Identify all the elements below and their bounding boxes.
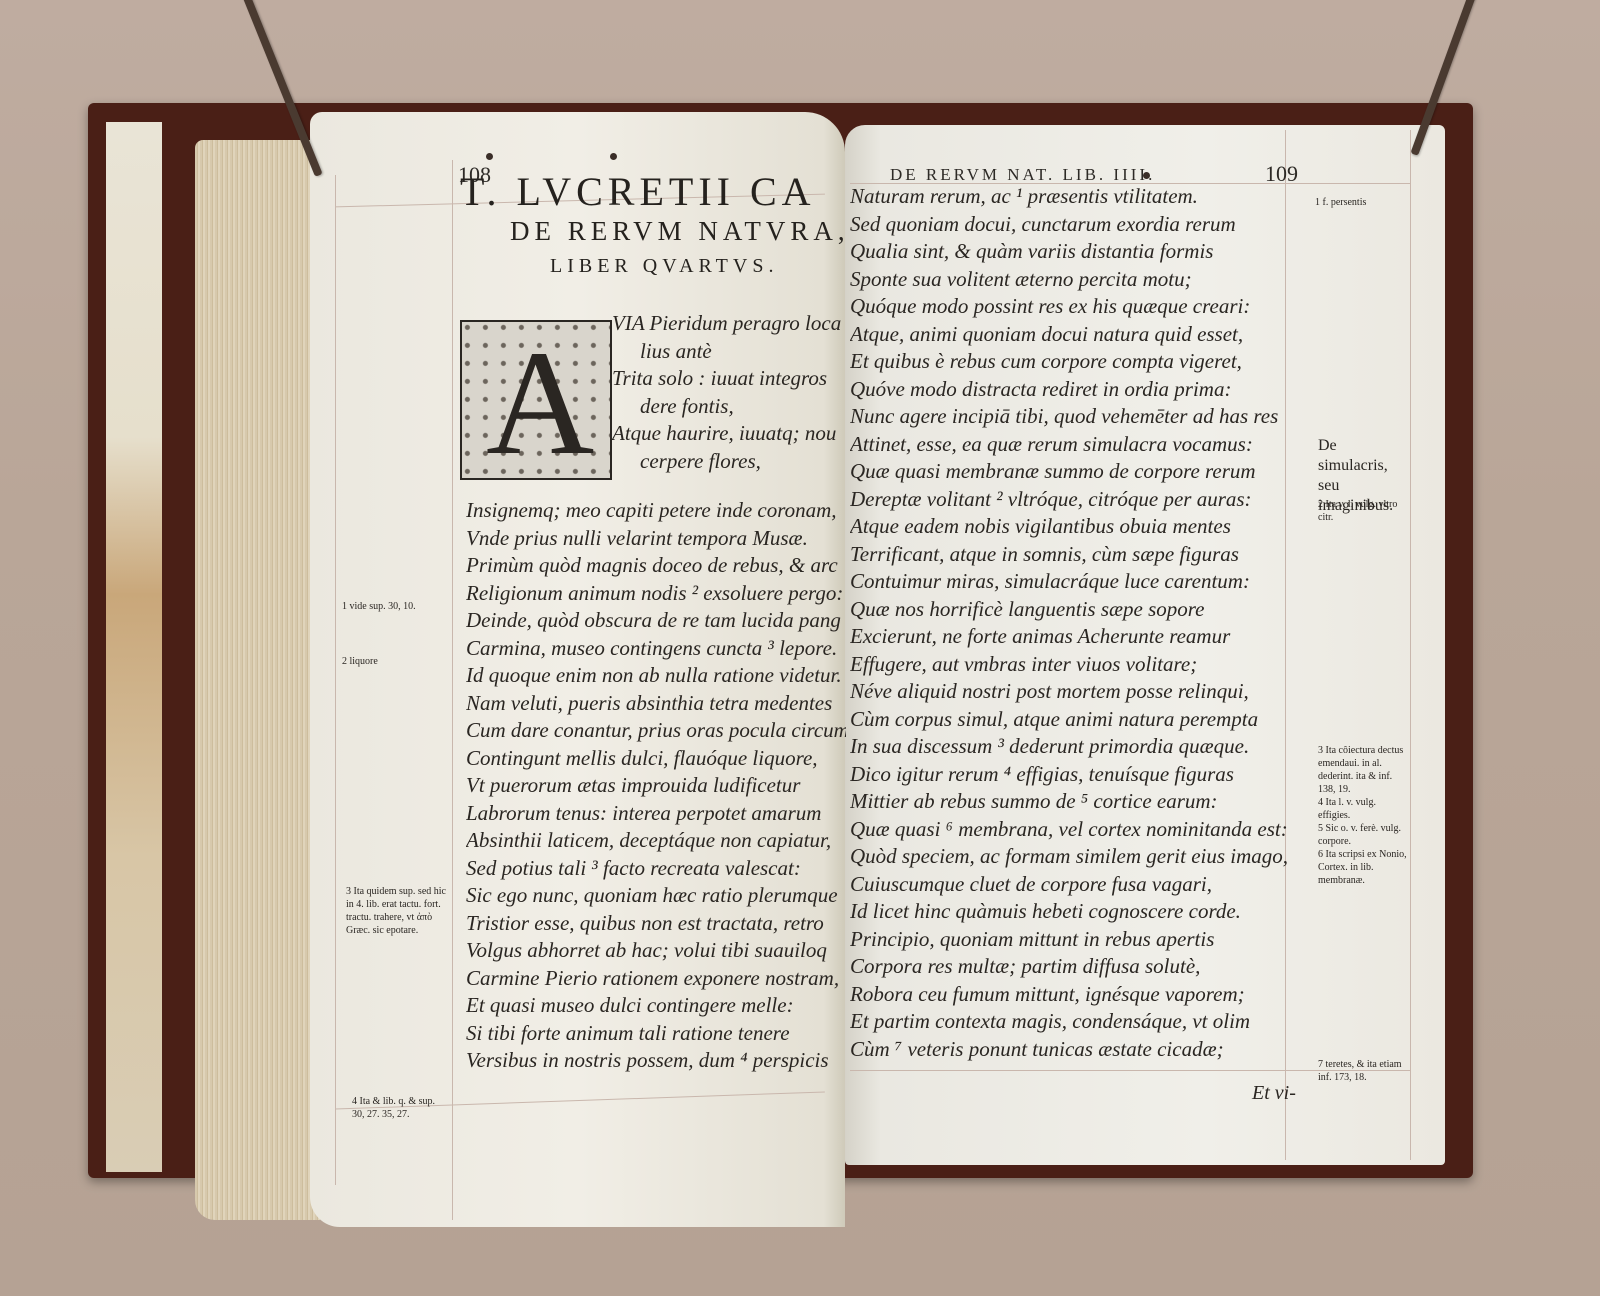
catchword: Et vi- xyxy=(1252,1082,1296,1105)
verse-line: Cum dare conantur, prius oras pocula cir… xyxy=(466,717,846,745)
verse-line: Cùm ⁷ veteris ponunt tunicas æstate cica… xyxy=(850,1036,1290,1064)
margin-note: 5 Sic o. v. ferè. vulg. corpore. xyxy=(1318,822,1410,848)
initial-letter: A xyxy=(486,328,594,478)
verse-line: Versibus in nostris possem, dum ⁴ perspi… xyxy=(466,1047,846,1075)
verse-line: Contuimur miras, simulacráque luce caren… xyxy=(850,568,1290,596)
verse-line: Dereptæ volitant ² vltróque, citróque pe… xyxy=(850,486,1290,514)
verse-line: Tristior esse, quibus non est tractata, … xyxy=(466,910,846,938)
verse-line: Contingunt mellis dulci, flauóque liquor… xyxy=(466,745,846,773)
page-block-edge xyxy=(195,140,320,1220)
verse-line: Néve aliquid nostri post mortem posse re… xyxy=(850,678,1290,706)
verse-line: Sponte sua volitent æterno percita motu; xyxy=(850,266,1290,294)
verse-line: Absinthii laticem, deceptáque non capiat… xyxy=(466,827,846,855)
work-title: DE RERVM NATVRA, xyxy=(510,216,850,247)
verse-line: Vnde prius nulli velarint tempora Musæ. xyxy=(466,525,846,553)
verse-line: Quóve modo distracta rediret in ordia pr… xyxy=(850,376,1290,404)
verse-line: Sed quoniam docui, cunctarum exordia rer… xyxy=(850,211,1290,239)
decorated-initial: A xyxy=(460,320,612,480)
verse-line: Atque haurire, iuuatq; nou xyxy=(612,420,845,448)
verse-line: Id licet hinc quàmuis hebeti cognoscere … xyxy=(850,898,1290,926)
margin-note: 7 teretes, & ita etiam inf. 173, 18. xyxy=(1318,1058,1410,1084)
verse-line: Et quasi museo dulci contingere melle: xyxy=(466,992,846,1020)
verse-line: Naturam rerum, ac ¹ præsentis vtilitatem… xyxy=(850,183,1290,211)
verse-line: Corpora res multæ; partim diffusa solutè… xyxy=(850,953,1290,981)
verse-line: Cuiuscumque cluet de corpore fusa vagari… xyxy=(850,871,1290,899)
margin-note: 1 f. persentis xyxy=(1315,196,1410,209)
photo-scene: 108 T. LVCRETII CA DE RERVM NATVRA, LIBE… xyxy=(0,0,1600,1296)
verse-line: Terrificant, atque in somnis, cùm sæpe f… xyxy=(850,541,1290,569)
verse-line: dere fontis, xyxy=(612,393,845,421)
verse-line: Principio, quoniam mittunt in rebus aper… xyxy=(850,926,1290,954)
margin-note: 2 Ita v. l. vulg. vltro citr. xyxy=(1318,498,1410,524)
verse-line: Quòd speciem, ac formam similem gerit ei… xyxy=(850,843,1290,871)
margin-note: 2 liquore xyxy=(342,655,447,668)
verse-line: Attinet, esse, ea quæ rerum simulacra vo… xyxy=(850,431,1290,459)
verse-line: Excierunt, ne forte animas Acherunte rea… xyxy=(850,623,1290,651)
verse-line: Cùm corpus simul, atque animi natura per… xyxy=(850,706,1290,734)
verse-line: lius antè xyxy=(612,338,845,366)
opening-verse: VIA Pieridum peragro loca lius antè Trit… xyxy=(612,310,845,475)
right-verse-block: Naturam rerum, ac ¹ præsentis vtilitatem… xyxy=(850,183,1290,1063)
verse-line: Atque, animi quoniam docui natura quid e… xyxy=(850,321,1290,349)
verse-line: Sic ego nunc, quoniam hæc ratio plerumqu… xyxy=(466,882,846,910)
verse-line: In sua discessum ³ dederunt primordia qu… xyxy=(850,733,1290,761)
verse-line: Religionum animum nodis ² exsoluere perg… xyxy=(466,580,846,608)
verse-line: Quóque modo possint res ex his quæque cr… xyxy=(850,293,1290,321)
verse-line: Qualia sint, & quàm variis distantia for… xyxy=(850,238,1290,266)
verse-line: VIA Pieridum peragro loca xyxy=(612,310,845,338)
verse-line: Primùm quòd magnis doceo de rebus, & arc xyxy=(466,552,846,580)
running-head: DE RERVM NAT. LIB. IIII. xyxy=(890,165,1155,185)
margin-rule xyxy=(452,160,453,1220)
verse-line: Nunc agere incipiā tibi, quod vehemēter … xyxy=(850,403,1290,431)
verse-line: cerpere flores, xyxy=(612,448,845,476)
verse-line: Si tibi forte animum tali ratione tenere xyxy=(466,1020,846,1048)
wormhole xyxy=(486,153,493,160)
verse-line: Et partim contexta magis, condensáque, v… xyxy=(850,1008,1290,1036)
verse-line: Carmine Pierio rationem exponere nostram… xyxy=(466,965,846,993)
verse-line: Robora ceu fumum mittunt, ignésque vapor… xyxy=(850,981,1290,1009)
verse-line: Quæ nos horrificè languentis sæpe sopore xyxy=(850,596,1290,624)
endpaper xyxy=(106,122,162,1172)
verse-line: Mittier ab rebus summo de ⁵ cortice earu… xyxy=(850,788,1290,816)
verse-line: Effugere, aut vmbras inter viuos volitar… xyxy=(850,651,1290,679)
verse-line: Id quoque enim non ab nulla ratione vide… xyxy=(466,662,846,690)
page-title: T. LVCRETII CA xyxy=(460,168,816,215)
margin-note: 4 Ita & lib. q. & sup. 30, 27. 35, 27. xyxy=(352,1095,447,1121)
verse-line: Atque eadem nobis vigilantibus obuia men… xyxy=(850,513,1290,541)
wormhole xyxy=(610,153,617,160)
book-title: LIBER QVARTVS. xyxy=(550,255,778,278)
margin-note: 1 vide sup. 30, 10. xyxy=(342,600,447,613)
verse-line: Dico igitur rerum ⁴ effigias, tenuísque … xyxy=(850,761,1290,789)
verse-line: Trita solo : iuuat integros xyxy=(612,365,845,393)
verse-line: Vt puerorum ætas improuida ludificetur xyxy=(466,772,846,800)
verse-line: Quæ quasi membranæ summo de corpore reru… xyxy=(850,458,1290,486)
margin-note: 3 Ita côiectura dectus emendaui. in al. … xyxy=(1318,744,1410,796)
margin-note: 3 Ita quidem sup. sed hic in 4. lib. era… xyxy=(346,885,446,937)
verse-line: Quæ quasi ⁶ membrana, vel cortex nominit… xyxy=(850,816,1290,844)
margin-rule xyxy=(335,175,336,1185)
verse-line: Nam veluti, pueris absinthia tetra meden… xyxy=(466,690,846,718)
verse-line: Et quibus è rebus cum corpore compta vig… xyxy=(850,348,1290,376)
margin-note: 4 Ita l. v. vulg. effigies. xyxy=(1318,796,1410,822)
margin-rule xyxy=(1410,130,1411,1160)
verse-line: Sed potius tali ³ facto recreata valesca… xyxy=(466,855,846,883)
margin-note: 6 Ita scripsi ex Nonio, Cortex. in lib. … xyxy=(1318,848,1410,887)
verse-line: Insignemq; meo capiti petere inde corona… xyxy=(466,497,846,525)
left-verse-block: Insignemq; meo capiti petere inde corona… xyxy=(466,497,846,1075)
verse-line: Carmina, museo contingens cuncta ³ lepor… xyxy=(466,635,846,663)
verse-line: Labrorum tenus: interea perpotet amarum xyxy=(466,800,846,828)
verse-line: Volgus abhorret ab hac; volui tibi suaui… xyxy=(466,937,846,965)
verse-line: Deinde, quòd obscura de re tam lucida pa… xyxy=(466,607,846,635)
